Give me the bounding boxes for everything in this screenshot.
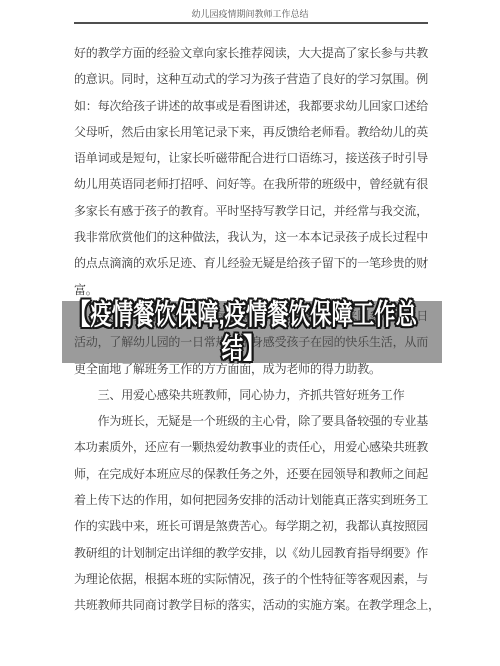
text-line: 父母听，然后由家长用笔记录下来，再反馈给老师看。教给幼儿的英: [74, 119, 432, 145]
text-line: 的点点滴滴的欢乐足迹、育儿经验无疑是给孩子留下的一笔珍贵的财: [74, 250, 432, 276]
text-line: 的意识。同时，这种互动式的学习为孩子营造了良好的学习氛围。例: [74, 66, 432, 92]
text-line: 本功素质外，还应有一颗热爱幼教事业的责任心，用爱心感染共班教: [74, 434, 432, 460]
text-line: 如：每次给孩子讲述的故事或是看图讲述，我都要求幼儿回家口述给: [74, 93, 432, 119]
text-line: 师，在完成好本班应尽的保教任务之外，还要在园领导和教师之间起: [74, 461, 432, 487]
text-line: 好的教学方面的经验文章向家长推荐阅读，大大提高了家长参与共教: [74, 40, 432, 66]
text-line: 幼儿用英语同老师打招呼、问好等。在我所带的班级中，曾经就有很: [74, 171, 432, 197]
overlay-title-line1: 【疫情餐饮保障,疫情餐饮保障工作总: [61, 299, 426, 333]
text-line: 三、用爱心感染共班教师，同心协力，齐抓共管好班务工作: [74, 382, 432, 408]
text-line: 作的实践中来，班长可谓是煞费苦心。每学期之初，我都认真按照园: [74, 513, 432, 539]
text-line: 作为班长，无疑是一个班级的主心骨，除了要具备较强的专业基: [74, 408, 432, 434]
text-line: 为理论依据，根据本班的实际情况，孩子的个性特征等客观因素，与: [74, 566, 432, 592]
text-line: 共班教师共同商讨教学目标的落实，活动的实施方案。在教学理念上，: [74, 592, 432, 618]
overlay-title: 【疫情餐饮保障,疫情餐饮保障工作总 结】: [61, 299, 426, 366]
text-line: 多家长有感于孩子的教育。平时坚持写教学日记，并经常与我交流，: [74, 198, 432, 224]
header-divider: [74, 22, 428, 24]
text-line: 我非常欣赏他们的这种做法，我认为，这一本本记录孩子成长过程中: [74, 224, 432, 250]
text-line: 教研组的计划制定出详细的教学安排，以《幼儿园教育指导纲要》作: [74, 540, 432, 566]
document-header-title: 幼儿园疫情期间教师工作总结: [0, 7, 500, 21]
overlay-title-line2: 结】: [61, 333, 426, 367]
text-line: 着上传下达的作用，如何把园务安排的活动计划能真正落实到班务工: [74, 487, 432, 513]
document-page: 幼儿园疫情期间教师工作总结 好的教学方面的经验文章向家长推荐阅读，大大提高了家长…: [0, 0, 500, 666]
text-line: 语单词或是短句，让家长听磁带配合进行口语练习，接送孩子时引导: [74, 145, 432, 171]
